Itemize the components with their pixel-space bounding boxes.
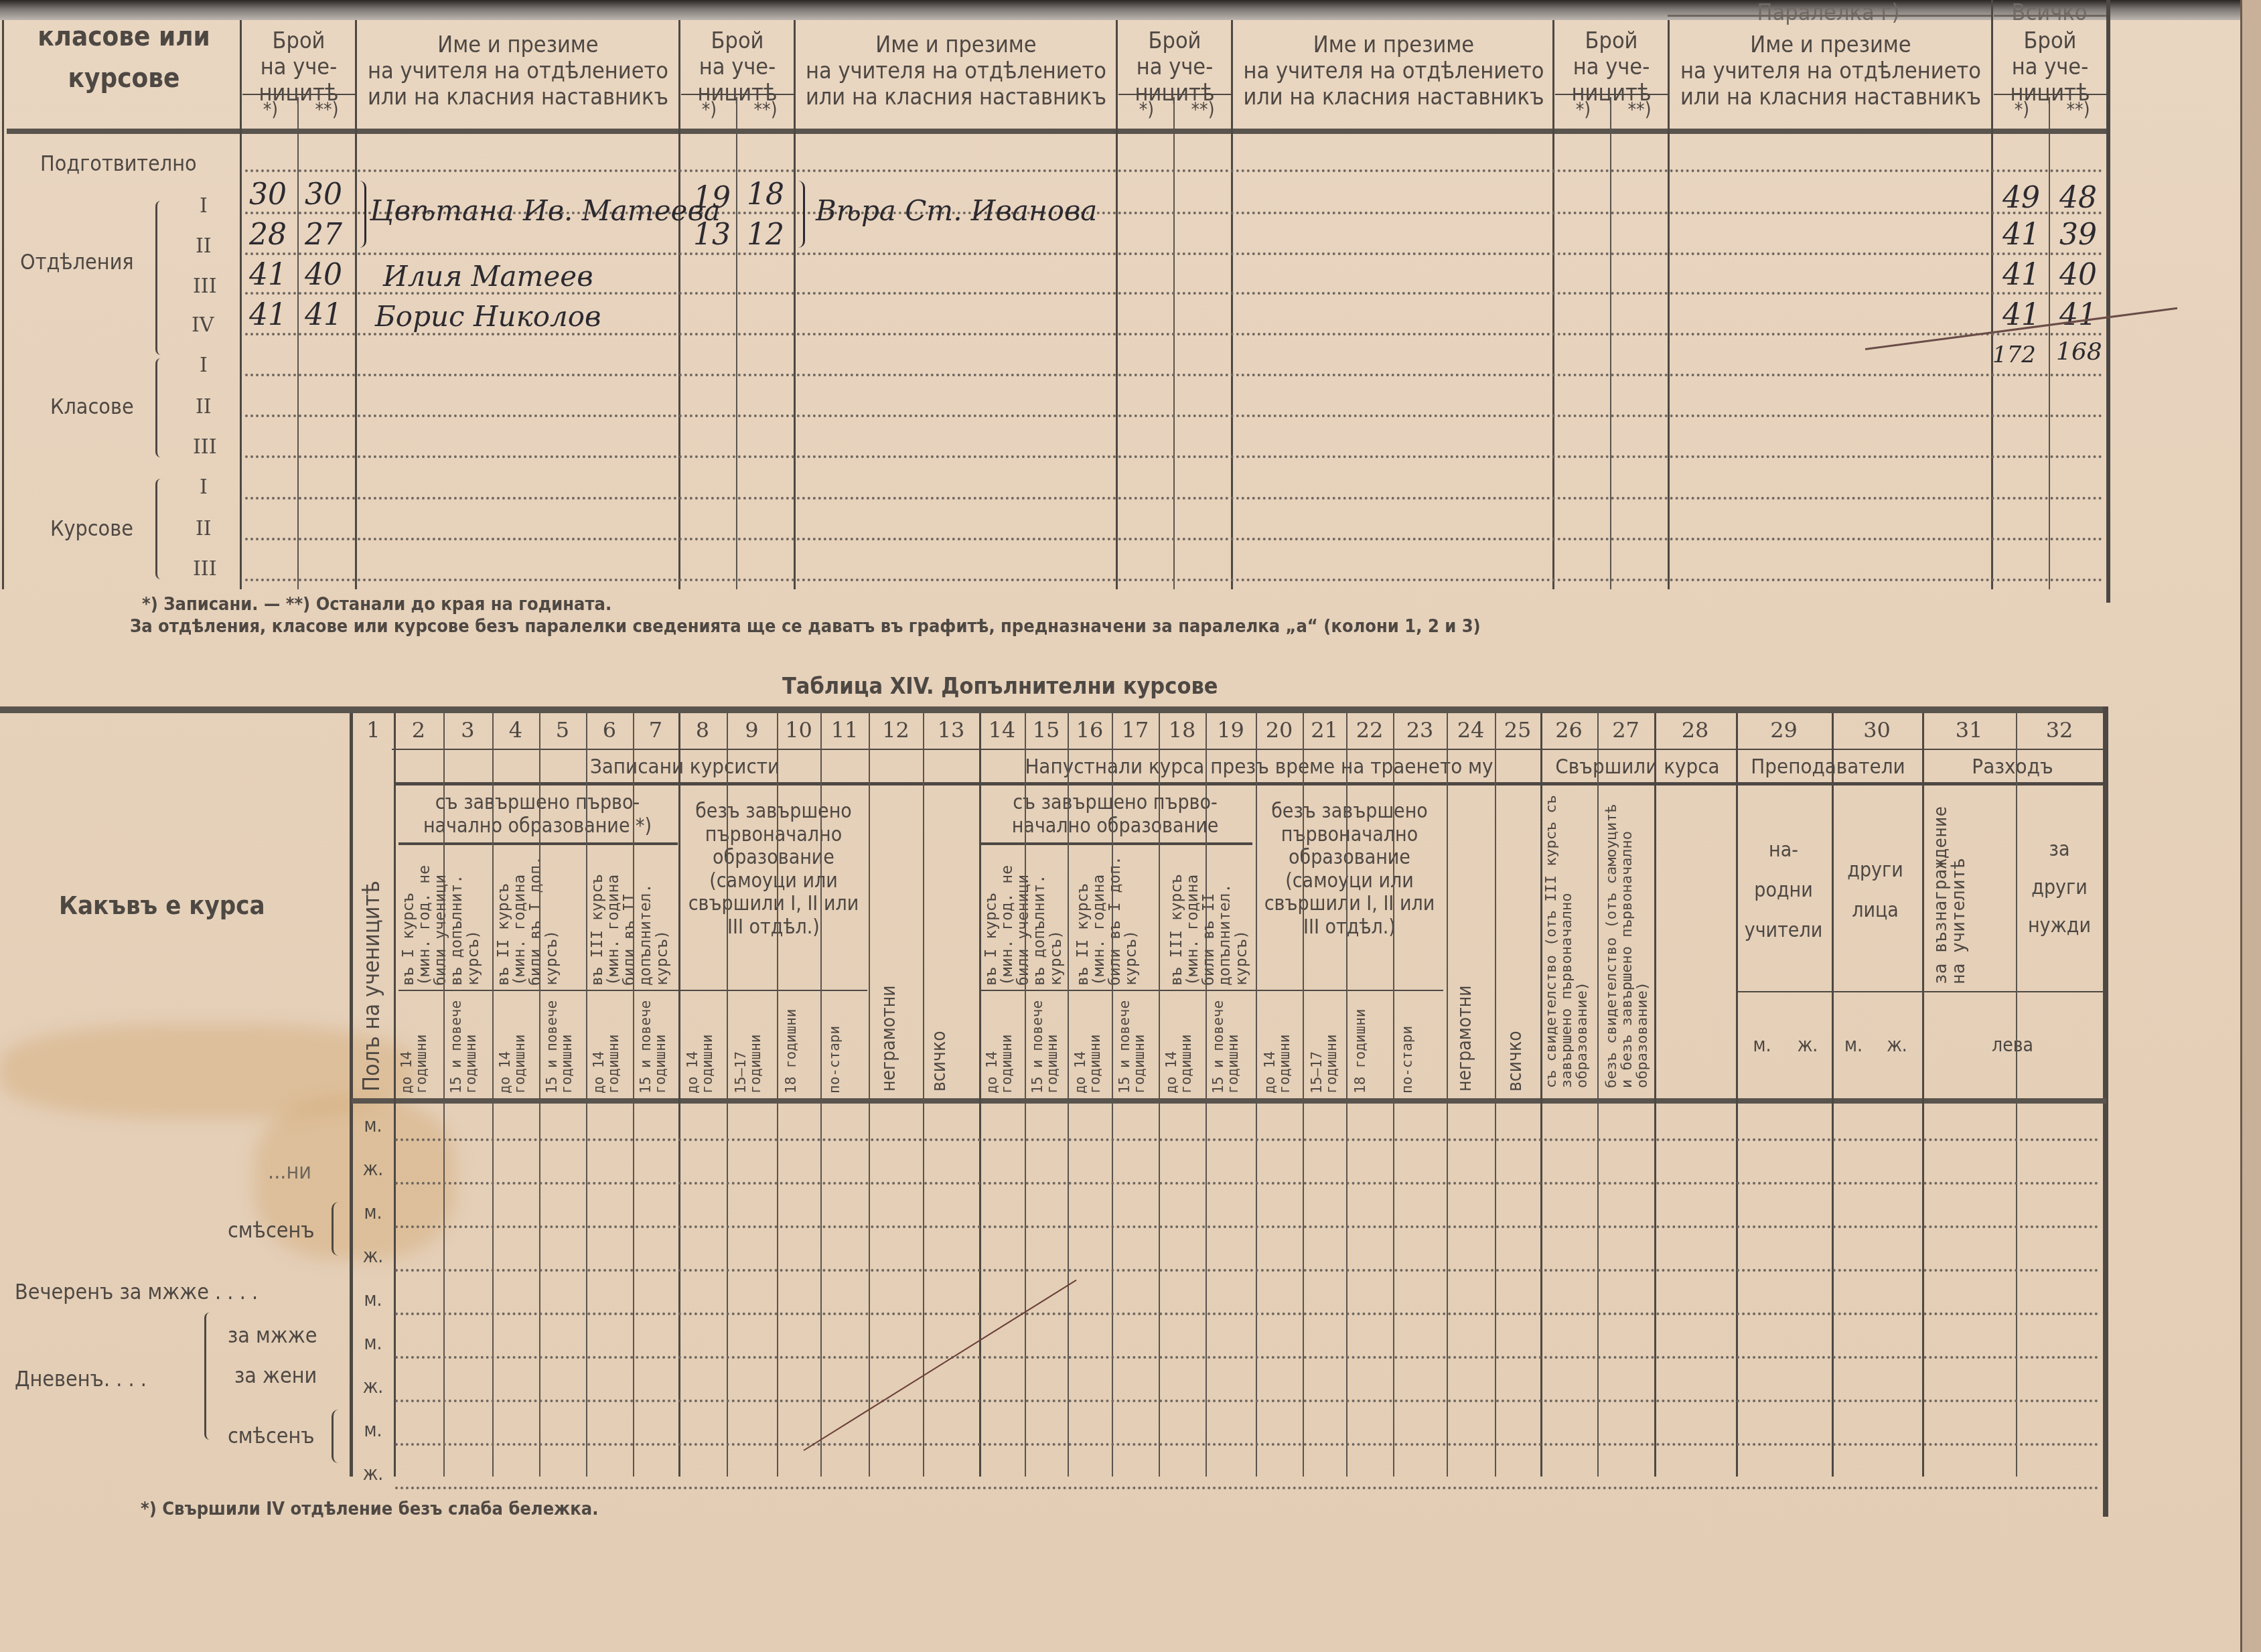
footnote-completed: *) Свършили IV отдѣление безъ слаба беле… (141, 1499, 598, 1519)
column-line (394, 713, 396, 1477)
roman-label: III (193, 275, 217, 298)
column-number: 18 (1159, 718, 1206, 743)
age-header: 15 и повече годишни (544, 996, 582, 1094)
roman-label: I (200, 354, 208, 377)
other-teachers-header: други лица (1832, 850, 1919, 931)
column-line (1346, 713, 1347, 1477)
column-line (1540, 713, 1542, 1477)
right-border (2106, 0, 2110, 603)
name-header: Име и презиме (356, 32, 680, 58)
column-number: 20 (1256, 718, 1303, 743)
column-line (539, 713, 540, 1477)
table-top-rule (0, 706, 2108, 713)
age-header: до 14 годишни (498, 996, 535, 1094)
header-line: лица (1832, 891, 1919, 931)
b-remained-cell: 12 (747, 218, 784, 252)
column-number: 30 (1832, 718, 1922, 743)
column-line (1495, 713, 1496, 1477)
column-line (979, 713, 981, 1477)
column-number: 31 (1922, 718, 2016, 743)
age-header: до 14 годишни (685, 996, 723, 1094)
footnote-legend: *) Записани. — **) Останали до края на г… (142, 594, 611, 615)
age-rule (981, 990, 1443, 991)
column-line (1922, 713, 1924, 1477)
row-label-mixed: смѣсенъ (228, 1423, 315, 1448)
row-label-departments: Отдѣления (20, 249, 134, 275)
group-enrolled: Записани курсисти (395, 755, 974, 779)
caption-rule (1994, 15, 2106, 17)
total-remained-cell: 41 (2059, 298, 2097, 332)
row-sex-label: м. (353, 1115, 393, 1136)
with-primary-enrolled: съ завършено първо-начално образование *… (398, 792, 676, 838)
currency-header: лева (1922, 1035, 2103, 1056)
a-enrolled-cell: 41 (249, 258, 287, 292)
column-number: 29 (1736, 718, 1832, 743)
column-number: 11 (820, 718, 869, 743)
caption-rule (1668, 15, 1992, 17)
name-header: или на класния наставникъ (795, 84, 1117, 110)
row-sex-label: ж. (353, 1376, 393, 1398)
column-number: 5 (539, 718, 586, 743)
sub-rule (1994, 94, 2106, 95)
grand-total-enrolled: 172 (1992, 342, 2036, 368)
column-line (820, 713, 822, 1477)
row-rule (395, 1138, 2100, 1141)
enrolled-sub: *) (1118, 99, 1175, 121)
row-sex-label: ж. (353, 1463, 393, 1485)
group-expenses: Разходъ (1922, 755, 2103, 779)
column-number: 22 (1346, 718, 1393, 743)
brace-mixed (332, 1410, 339, 1463)
course-2-header: въ II курсъ (мин. година били въ I доп. … (496, 852, 569, 986)
brace-day (204, 1312, 213, 1440)
age-header: до 14 годишни (1262, 996, 1299, 1094)
row-label-preparatory: Подготвително (40, 151, 197, 176)
column-number: 4 (492, 718, 539, 743)
finished-with-certificate-header: съ свидетелство (отъ III курсъ съ завърш… (1544, 794, 1594, 1088)
count-header: на уче- (1994, 54, 2106, 80)
column-number: 10 (777, 718, 820, 743)
column-line (678, 713, 680, 1477)
sex-m-header: м. (1739, 1035, 1785, 1056)
row-sex-label: м. (353, 1420, 393, 1441)
illiterate-header: неграмотни (877, 924, 899, 1092)
group-dropped: Напустнали курса презъ време на траенето… (981, 755, 1537, 779)
column-number: 27 (1597, 718, 1654, 743)
column-number: 3 (443, 718, 492, 743)
row-rule (245, 455, 2104, 458)
name-header: Име и презиме (1669, 32, 1992, 58)
row-label-day: Дневенъ. . . . (15, 1366, 147, 1392)
other-needs-header: за други нужди (2016, 830, 2103, 945)
column-line (1231, 20, 1233, 589)
b-remained-cell: 18 (747, 177, 784, 212)
count-header: Брой (1118, 28, 1231, 54)
row-sex-label: ж. (353, 1246, 393, 1267)
row-label-torn: ...ни (268, 1158, 311, 1184)
column-line (1736, 713, 1738, 1477)
age-header: 18 годишни (1353, 996, 1389, 1094)
remained-sub: **) (2050, 99, 2106, 121)
remained-sub: **) (299, 99, 355, 121)
b-enrolled-cell: 13 (693, 218, 731, 252)
course-1-header: въ I курсъ (мин. год. не били ученици въ… (983, 852, 1057, 986)
column-line (1832, 713, 1834, 1477)
column-line (355, 20, 357, 589)
finished-without-certificate-header: безъ свидетелство (отъ самоуцитѣ и безъ … (1604, 794, 1654, 1088)
row-sex-label: м. (353, 1202, 393, 1223)
row-rule (245, 333, 2104, 335)
row-label-courses: Курсове (50, 516, 133, 541)
row-rule (245, 497, 2104, 500)
row-rule (395, 1400, 2100, 1402)
column-number: 8 (678, 718, 727, 743)
count-header: на уче- (681, 54, 794, 80)
header-line: на- (1739, 830, 1828, 871)
column-number: 17 (1112, 718, 1159, 743)
row-rule (245, 374, 2104, 376)
row-rule (395, 1312, 2100, 1315)
row-sex-label: м. (353, 1289, 393, 1310)
row-rule (395, 1269, 2100, 1272)
age-header: до 14 годишни (1073, 996, 1108, 1094)
sub-rule (1118, 94, 1231, 95)
row-rule (245, 169, 2104, 172)
with-primary-dropped: съ завършено първо-начално образование (981, 792, 1249, 838)
remained-sub: **) (1611, 99, 1668, 121)
row-rule (395, 1487, 2100, 1489)
column-number: 6 (586, 718, 633, 743)
roman-label: III (193, 435, 217, 459)
brace-courses (155, 479, 164, 579)
corner-header-line: класове или (13, 21, 234, 52)
age-header: по-стари (827, 996, 865, 1094)
count-header: Брой (681, 28, 794, 54)
roman-label: II (196, 234, 212, 258)
age-header: 15 и повече годишни (1117, 996, 1155, 1094)
roman-label: IV (192, 313, 214, 337)
sub-rule (242, 94, 355, 95)
roman-label: I (200, 194, 208, 218)
column-line (1112, 713, 1113, 1477)
age-header: 15 и повече годишни (638, 996, 674, 1094)
header-bottom-rule (352, 1098, 2106, 1104)
column-number: 12 (869, 718, 923, 743)
a-remained-cell: 40 (305, 258, 342, 292)
roman-label: II (196, 517, 212, 540)
age-header: 18 годишни (784, 996, 816, 1094)
row-label-day-women: за жени (234, 1363, 317, 1388)
column-line (1991, 0, 1993, 589)
group-rule (395, 782, 2103, 785)
column-number: 16 (1068, 718, 1112, 743)
a-teacher-cell: Цвѣтана Ив. Матеева (370, 194, 721, 227)
grand-total-remained: 168 (2056, 338, 2102, 366)
count-header: Брой (1994, 28, 2106, 54)
column-line (586, 713, 587, 1477)
column-number: 9 (727, 718, 777, 743)
column-number: 2 (394, 718, 443, 743)
total-enrolled-cell: 41 (2002, 258, 2040, 292)
total-remained-cell: 48 (2059, 181, 2097, 215)
column-line (633, 713, 634, 1477)
table-title: Таблица XIV. Допълнителни курсове (782, 673, 1218, 700)
subheader-rule (1738, 991, 2103, 992)
roman-label: I (200, 475, 208, 499)
column-number: 32 (2016, 718, 2103, 743)
total-caption: Всичко (1992, 0, 2106, 26)
a-remained-cell: 41 (305, 298, 342, 332)
column-line (1447, 713, 1448, 1477)
row-label-mixed: смѣсенъ (228, 1217, 315, 1243)
name-header: Име и презиме (1234, 32, 1554, 58)
number-row-rule (392, 749, 2103, 750)
age-header: 15 и повече годишни (449, 996, 488, 1094)
count-header: на уче- (1118, 54, 1231, 80)
a-enrolled-cell: 28 (249, 218, 287, 252)
a-enrolled-cell: 41 (249, 298, 287, 332)
count-header: Брой (242, 28, 355, 54)
b-teacher-cell: Вѣра Ст. Иванова (816, 194, 1097, 227)
a-remained-cell: 30 (305, 177, 342, 212)
column-line (492, 713, 494, 1477)
column-line (777, 713, 778, 1477)
row-sex-label: м. (353, 1333, 393, 1354)
sex-f-header: ж. (1785, 1035, 1830, 1056)
name-header: на учителя на отдѣлението (1669, 58, 1992, 84)
teacher-pay-header: за възнаграждение на учителитѣ (1932, 804, 1996, 984)
header-line: за (2016, 830, 2103, 869)
sex-column-header: Полъ на ученицитѣ (358, 837, 385, 1092)
brace-classes (155, 358, 164, 457)
count-header: Брой (1555, 28, 1668, 54)
enrolled-sub: *) (242, 99, 299, 121)
column-line (1116, 20, 1118, 589)
header-bottom-rule (7, 129, 2110, 134)
total-enrolled-cell: 49 (2002, 181, 2040, 215)
column-line (1068, 713, 1069, 1477)
column-line (869, 713, 870, 1477)
column-number: 23 (1393, 718, 1447, 743)
column-line (727, 713, 728, 1477)
name-header: на учителя на отдѣлението (356, 58, 680, 84)
total-remained-cell: 39 (2059, 218, 2097, 252)
national-teachers-header: на- родни учители (1739, 830, 1828, 951)
course-type-header: Какъвъ е курса (59, 891, 265, 920)
column-line (1668, 20, 1670, 589)
sex-m-header: м. (1832, 1035, 1875, 1056)
brace-mixed (332, 1202, 339, 1256)
header-line: други (1832, 850, 1919, 891)
row-rule (245, 252, 2104, 255)
age-header: 15—17 годишни (733, 996, 773, 1094)
row-rule (395, 1356, 2100, 1359)
sub-rule (1555, 94, 1668, 95)
illiterate-header: неграмотни (1453, 924, 1475, 1092)
column-number: 14 (979, 718, 1025, 743)
column-line (1654, 713, 1656, 1477)
column-line (1552, 20, 1554, 589)
roman-label: III (193, 557, 217, 581)
page-edge (2240, 0, 2261, 1652)
row-rule (395, 1225, 2100, 1228)
row-rule (245, 538, 2104, 540)
b-enrolled-cell: 19 (693, 181, 731, 215)
sex-f-header: ж. (1875, 1035, 1919, 1056)
row-label-day-men: за мжже (228, 1323, 317, 1348)
handwritten-brace (794, 181, 805, 248)
without-primary-enrolled: безъ завършено първоначално образование … (683, 800, 864, 939)
count-header: на уче- (242, 54, 355, 80)
column-line (1206, 713, 1207, 1477)
total-header: всичко (1504, 991, 1526, 1092)
age-header: до 14 годишни (984, 996, 1021, 1094)
row-label-evening-men: Вечеренъ за мжже . . . . (15, 1279, 258, 1304)
remained-sub: **) (737, 99, 794, 121)
column-line (1597, 713, 1599, 1477)
age-header: 15—17 годишни (1309, 996, 1342, 1094)
group-teachers: Преподаватели (1736, 755, 1920, 779)
column-line (678, 20, 680, 589)
name-header: или на класния наставникъ (1234, 84, 1554, 110)
row-rule (395, 1443, 2100, 1446)
column-line (794, 20, 796, 589)
a-remained-cell: 27 (305, 218, 342, 252)
enrolled-sub: *) (1555, 99, 1611, 121)
remained-sub: **) (1175, 99, 1231, 121)
count-header: на уче- (1555, 54, 1668, 80)
handwritten-brace (355, 181, 366, 248)
column-line (1159, 713, 1160, 1477)
header-line: нужди (2016, 907, 2103, 945)
column-number: 13 (923, 718, 979, 743)
column-line (1393, 713, 1394, 1477)
left-border (2, 20, 4, 589)
row-label-classes: Класове (50, 394, 134, 419)
total-header: всичко (928, 991, 950, 1092)
without-primary-dropped: безъ завършено първоначално образование … (1259, 800, 1440, 939)
course-3-header: въ III курсъ (мин. година били въ II доп… (589, 852, 663, 986)
subgroup-rule (981, 842, 1252, 845)
corner-header-line: курсове (13, 63, 234, 94)
column-number: 25 (1495, 718, 1540, 743)
age-header: 15 и повече годишни (1030, 996, 1064, 1094)
group-finished: Свършили курса (1540, 755, 1735, 779)
name-header: на учителя на отдѣлението (795, 58, 1117, 84)
age-header: 15 и повече годишни (1211, 996, 1252, 1094)
column-number: 1 (353, 718, 394, 743)
footnote-parallels: За отдѣления, класове или курсове безъ п… (130, 616, 1481, 637)
age-header: по-стари (1400, 996, 1443, 1094)
row-rule (245, 415, 2104, 417)
column-number: 19 (1206, 718, 1256, 743)
column-line (2016, 713, 2017, 1477)
total-enrolled-cell: 41 (2002, 218, 2040, 252)
a-enrolled-cell: 30 (249, 177, 287, 212)
roman-label: II (196, 395, 212, 419)
course-1-header: въ I курсъ (мин. год. не били ученици въ… (400, 852, 474, 986)
column-line (1303, 713, 1304, 1477)
column-line (1025, 713, 1026, 1477)
column-line (1256, 713, 1257, 1477)
age-header: до 14 годишни (1164, 996, 1201, 1094)
header-line: други (2016, 869, 2103, 907)
name-header: или на класния наставникъ (356, 84, 680, 110)
name-header: на учителя на отдѣлението (1234, 58, 1554, 84)
row-sex-label: ж. (353, 1158, 393, 1180)
column-number: 26 (1540, 718, 1597, 743)
right-border (2103, 706, 2108, 1517)
column-line (923, 713, 924, 1477)
column-line (350, 713, 353, 1477)
name-header: или на класния наставникъ (1669, 84, 1992, 110)
column-number: 7 (633, 718, 678, 743)
column-line (443, 713, 445, 1477)
brace-departments (155, 201, 164, 355)
column-number: 24 (1447, 718, 1495, 743)
column-line (240, 20, 242, 589)
subgroup-rule (398, 842, 678, 845)
total-remained-cell: 40 (2059, 258, 2097, 292)
a-teacher-cell: Борис Николов (375, 300, 601, 333)
corner-header: класове или курсове (13, 21, 234, 94)
sub-rule (681, 94, 794, 95)
enrolled-sub: *) (681, 99, 737, 121)
column-number: 15 (1025, 718, 1068, 743)
name-header: Име и презиме (795, 32, 1117, 58)
header-line: родни (1739, 871, 1828, 911)
header-line: учители (1739, 911, 1828, 951)
group-caption-partial: Паралелка г) (1661, 0, 1996, 26)
column-number: 21 (1303, 718, 1346, 743)
a-teacher-cell: Илия Матеев (383, 260, 593, 293)
row-rule (245, 579, 2104, 581)
row-rule (395, 1182, 2100, 1185)
column-number: 28 (1654, 718, 1736, 743)
enrolled-sub: *) (1994, 99, 2050, 121)
age-header: до 14 годишни (399, 996, 439, 1094)
age-header: до 14 годишни (591, 996, 629, 1094)
